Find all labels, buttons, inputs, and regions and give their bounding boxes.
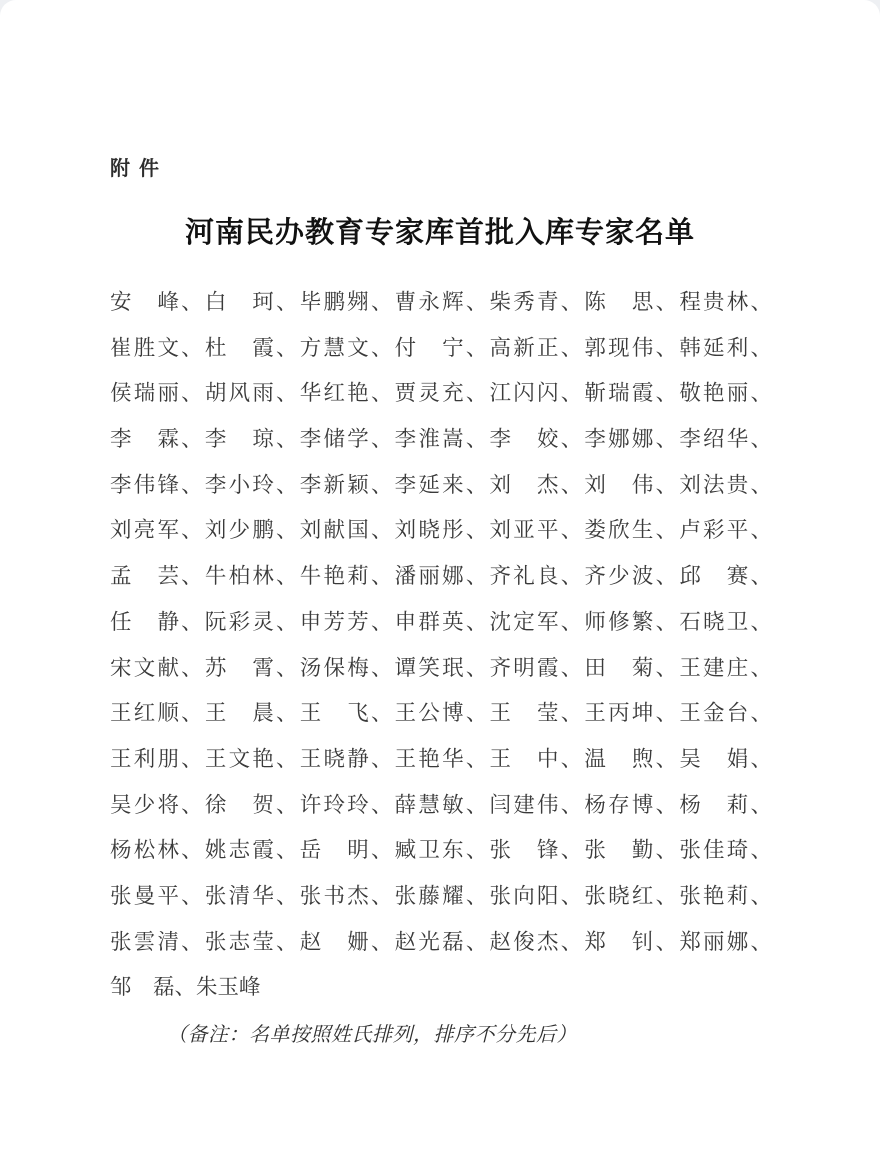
name-line: 安 峰、白 珂、毕鹏翙、曹永辉、柴秀青、陈 思、程贵林、 (110, 280, 772, 326)
name-line: 张雲清、张志莹、赵 姗、赵光磊、赵俊杰、郑 钊、郑丽娜、 (110, 920, 772, 966)
document-canvas: 附 件 河南民办教育专家库首批入库专家名单 安 峰、白 珂、毕鹏翙、曹永辉、柴秀… (0, 0, 880, 1173)
name-line: 杨松林、姚志霞、岳 明、臧卫东、张 锋、张 勤、张佳琦、 (110, 828, 772, 874)
name-line: 宋文献、苏 霄、汤保梅、谭笑珉、齐明霞、田 菊、王建庄、 (110, 646, 772, 692)
name-line: 崔胜文、杜 霞、方慧文、付 宁、高新正、郭现伟、韩延利、 (110, 326, 772, 372)
document-title: 河南民办教育专家库首批入库专家名单 (0, 210, 880, 251)
name-line: 刘亮军、刘少鹏、刘献国、刘晓彤、刘亚平、娄欣生、卢彩平、 (110, 508, 772, 554)
name-line: 王红顺、王 晨、王 飞、王公博、王 莹、王丙坤、王金台、 (110, 691, 772, 737)
name-line: 王利朋、王文艳、王晓静、王艳华、王 中、温 煦、吴 娟、 (110, 737, 772, 783)
document-note: （备注：名单按照姓氏排列，排序不分先后） (167, 1018, 577, 1047)
expert-name-list: 安 峰、白 珂、毕鹏翙、曹永辉、柴秀青、陈 思、程贵林、 崔胜文、杜 霞、方慧文… (110, 280, 772, 1011)
name-line: 吴少将、徐 贺、许玲玲、薛慧敏、闫建伟、杨存博、杨 莉、 (110, 783, 772, 829)
name-line: 李伟锋、李小玲、李新颖、李延来、刘 杰、刘 伟、刘法贵、 (110, 463, 772, 509)
attachment-label: 附 件 (110, 152, 161, 181)
name-line: 任 静、阮彩灵、申芳芳、申群英、沈定军、师修繁、石晓卫、 (110, 600, 772, 646)
document-page: 附 件 河南民办教育专家库首批入库专家名单 安 峰、白 珂、毕鹏翙、曹永辉、柴秀… (0, 0, 880, 1173)
name-line: 李 霖、李 琼、李储学、李淮嵩、李 姣、李娜娜、李绍华、 (110, 417, 772, 463)
name-line: 张曼平、张清华、张书杰、张藤耀、张向阳、张晓红、张艳莉、 (110, 874, 772, 920)
name-line: 侯瑞丽、胡风雨、华红艳、贾灵充、江闪闪、靳瑞霞、敬艳丽、 (110, 371, 772, 417)
name-line: 邹 磊、朱玉峰 (110, 965, 772, 1011)
name-line: 孟 芸、牛柏林、牛艳莉、潘丽娜、齐礼良、齐少波、邱 赛、 (110, 554, 772, 600)
